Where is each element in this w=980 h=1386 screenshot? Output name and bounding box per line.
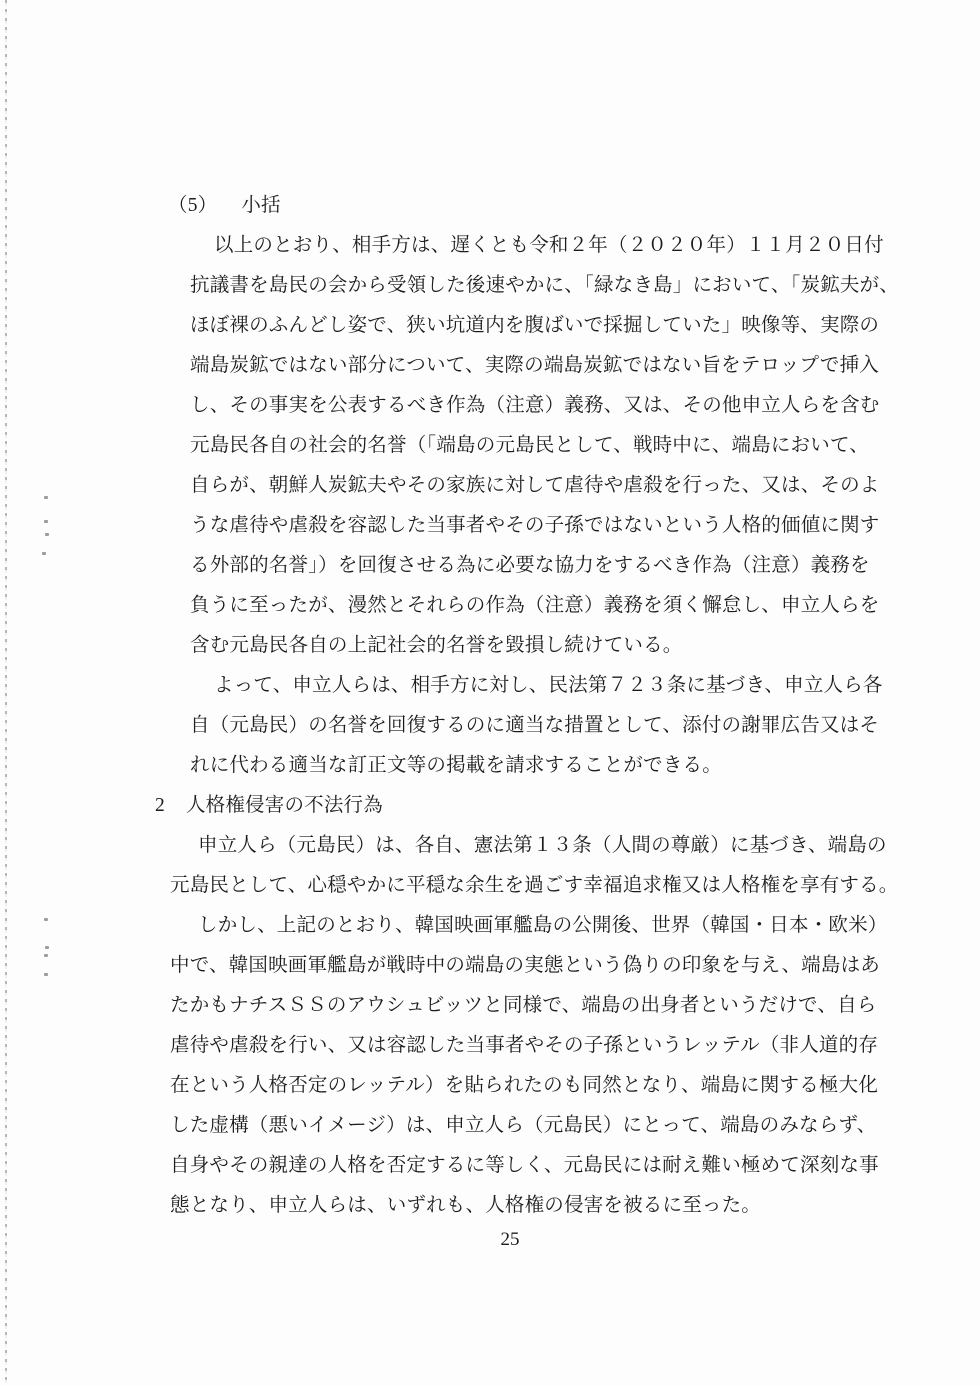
text-line: たかもナチスＳＳのアウシュビッツと同様で、端島の出身者というだけで、自ら [155, 986, 903, 1026]
text-line: よって、申立人らは、相手方に対し、民法第７２３条に基づき、申立人ら各 [155, 666, 903, 706]
text-line: 自（元島民）の名誉を回復するのに適当な措置として、添付の謝罪広告又はそ [155, 706, 903, 746]
text-line: しかし、上記のとおり、韓国映画軍艦島の公開後、世界（韓国・日本・欧米） [155, 906, 903, 946]
text-line: 負うに至ったが、漫然とそれらの作為（注意）義務を須く懈怠し、申立人らを [155, 586, 903, 626]
text-line: 自らが、朝鮮人炭鉱夫やその家族に対して虐待や虐殺を行った、又は、そのよ [155, 466, 903, 506]
scanned-document-page: （5）小括 以上のとおり、相手方は、遅くとも令和２年（２０２０年）１１月２０日付… [0, 0, 980, 1386]
text-line: る外部的名誉」）を回復させる為に必要な協力をするべき作為（注意）義務を [155, 546, 903, 586]
scan-speck [45, 533, 49, 536]
text-line: 元島民各自の社会的名誉（「端島の元島民として、戦時中に、端島において、 [155, 426, 903, 466]
text-line: 以上のとおり、相手方は、遅くとも令和２年（２０２０年）１１月２０日付 [155, 226, 903, 266]
text-line: し、その事実を公表するべき作為（注意）義務、又は、その他申立人らを含む [155, 386, 903, 426]
text-line: 中で、韓国映画軍艦島が戦時中の端島の実態という偽りの印象を与え、端島はあ [155, 946, 903, 986]
scan-speck [44, 918, 48, 921]
text-line: 抗議書を島民の会から受領した後速やかに、「緑なき島」において、「炭鉱夫が、 [155, 266, 903, 306]
section-2-heading: 2人格権侵害の不法行為 [155, 786, 903, 826]
section-5-title: 小括 [241, 195, 280, 216]
scan-edge-artifact [5, 0, 7, 1386]
text-line: 含む元島民各自の上記社会的名誉を毀損し続けている。 [155, 626, 903, 666]
section-2-number: 2 [155, 795, 165, 816]
section-2-title: 人格権侵害の不法行為 [186, 795, 383, 816]
text-line: 虐待や虐殺を行い、又は容認した当事者やその子孫というレッテル（非人道的存 [155, 1026, 903, 1066]
scan-speck [44, 954, 48, 957]
scan-speck [42, 552, 46, 555]
text-line: した虚構（悪いイメージ）は、申立人ら（元島民）にとって、端島のみならず、 [155, 1106, 903, 1146]
text-line: うな虐待や虐殺を容認した当事者やその子孫ではないという人格的価値に関す [155, 506, 903, 546]
scan-speck [44, 520, 48, 523]
section-5-number: （5） [168, 195, 217, 216]
document-body: （5）小括 以上のとおり、相手方は、遅くとも令和２年（２０２０年）１１月２０日付… [155, 186, 903, 1226]
text-line: 申立人ら（元島民）は、各自、憲法第１３条（人間の尊厳）に基づき、端島の [155, 826, 903, 866]
text-line: 端島炭鉱ではない部分について、実際の端島炭鉱ではない旨をテロップで挿入 [155, 346, 903, 386]
page-number: 25 [120, 1220, 900, 1260]
scan-speck [44, 496, 48, 499]
scan-speck [44, 973, 48, 976]
scan-speck [45, 946, 49, 949]
section-5-heading: （5）小括 [155, 186, 903, 226]
text-line: ほぼ裸のふんどし姿で、狭い坑道内を腹ばいで採掘していた」映像等、実際の [155, 306, 903, 346]
text-line: 在という人格否定のレッテル）を貼られたのも同然となり、端島に関する極大化 [155, 1066, 903, 1106]
text-line: 元島民として、心穏やかに平穏な余生を過ごす幸福追求権又は人格権を享有する。 [155, 866, 903, 906]
text-line: 自身やその親達の人格を否定するに等しく、元島民には耐え難い極めて深刻な事 [155, 1146, 903, 1186]
text-line: れに代わる適当な訂正文等の掲載を請求することができる。 [155, 746, 903, 786]
